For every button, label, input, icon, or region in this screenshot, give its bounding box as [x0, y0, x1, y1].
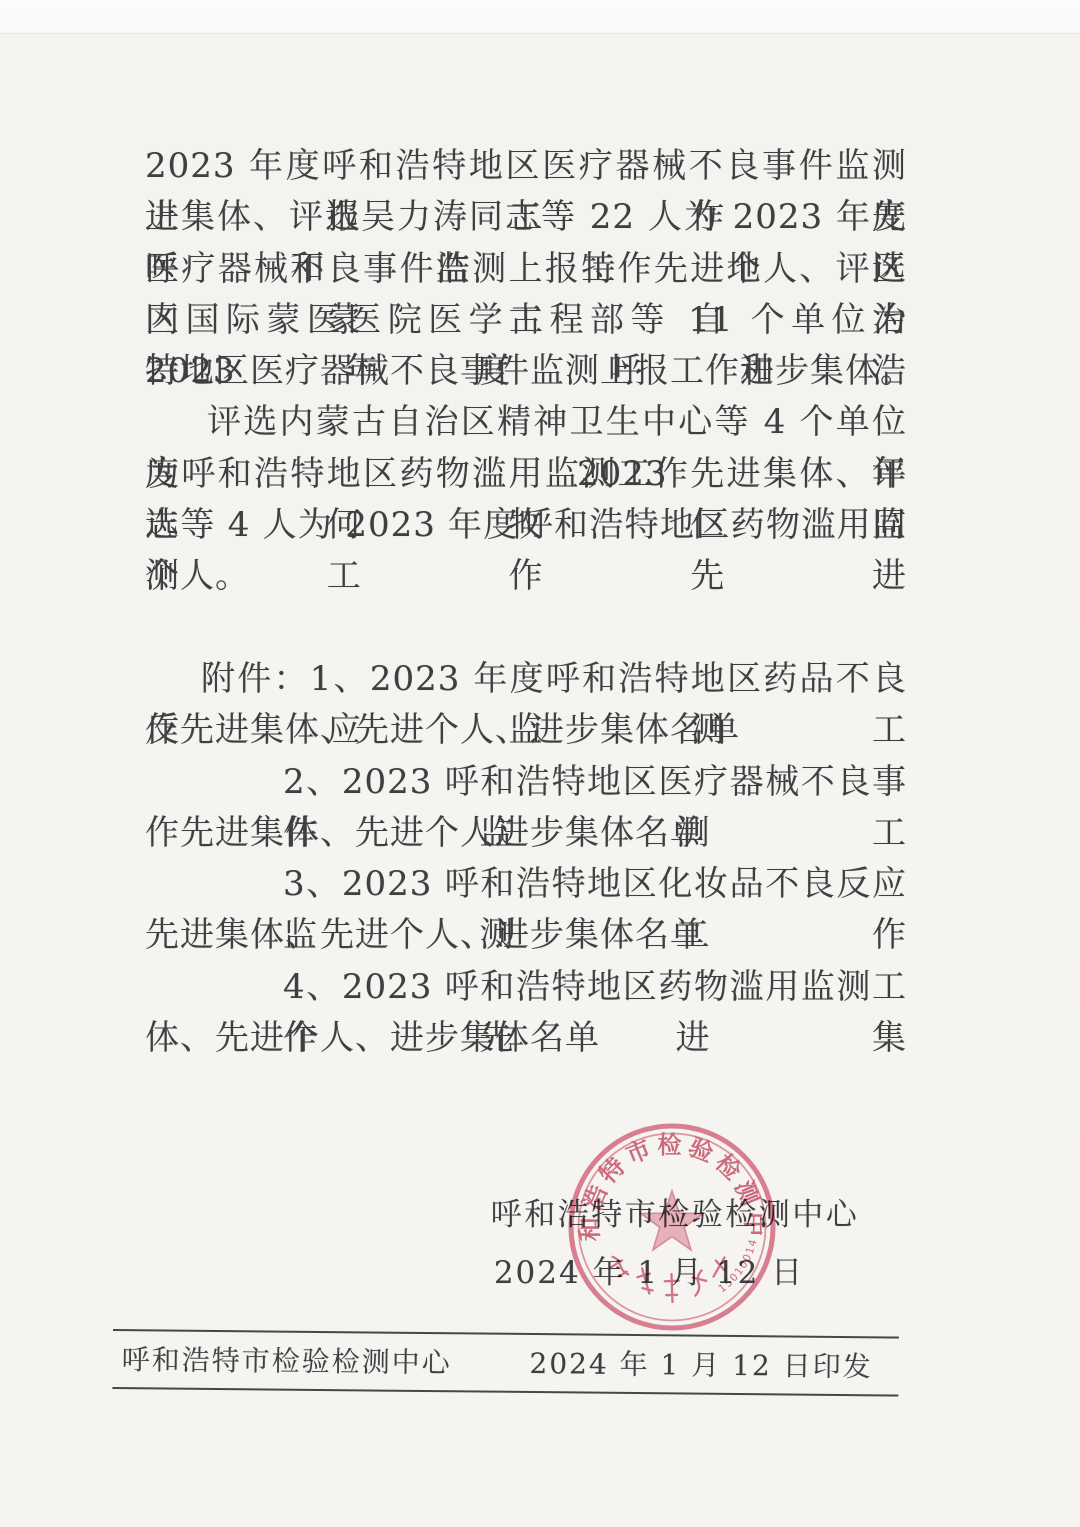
body-line: 医疗器械不良事件监测上报工作先进个人、评选内蒙古自治 [145, 244, 907, 295]
footer-row: 呼和浩特市检验检测中心 2024 年 1 月 12 日印发 [112, 1331, 899, 1395]
scan-seam-line [0, 33, 1080, 34]
blank-line [145, 603, 907, 654]
footer-issuer: 呼和浩特市检验检测中心 [122, 1338, 452, 1381]
official-seal: 呼和浩特市检验检测中心 15010014 [562, 1117, 782, 1337]
attachment-line: 附件：1、2023 年度呼和浩特地区药品不良反应监测工 [145, 654, 907, 705]
seal-star-icon [641, 1191, 703, 1250]
document-footer: 呼和浩特市检验检测中心 2024 年 1 月 12 日印发 [112, 1329, 899, 1397]
body-line: 评选内蒙古自治区精神卫生中心等 4 个单位为 2023 年 [145, 397, 907, 448]
body-line: 志等 4 人为 2023 年度呼和浩特地区药物滥用监测工作先进 [145, 500, 907, 551]
footer-print-date: 2024 年 1 月 12 日印发 [529, 1342, 873, 1385]
body-line: 特地区医疗器械不良事件监测上报工作进步集体。 [145, 346, 907, 397]
document-body: 2023 年度呼和浩特地区医疗器械不良事件监测上报工作先 进集体、评选吴力涛同志… [145, 141, 907, 1064]
body-line: 区国际蒙医医院医学工程部等 11 个单位为 2023 年度呼和浩 [145, 295, 907, 346]
body-line: 度呼和浩特地区药物滥用监测工作先进集体、评选何牧仁同 [145, 449, 907, 500]
document-page: 2023 年度呼和浩特地区医疗器械不良事件监测上报工作先 进集体、评选吴力涛同志… [0, 0, 1080, 1527]
attachment-line: 2、2023 呼和浩特地区医疗器械不良事件监测工 [145, 757, 907, 808]
body-line: 进集体、评选吴力涛同志等 22 人为 2023 年度呼和浩特地区 [145, 192, 907, 243]
seal-mongolian-script [607, 1254, 730, 1303]
attachment-line: 4、2023 呼和浩特地区药物滥用监测工作先进集 [145, 962, 907, 1013]
body-line: 2023 年度呼和浩特地区医疗器械不良事件监测上报工作先 [145, 141, 907, 192]
attachment-line: 3、2023 呼和浩特地区化妆品不良反应监测工作 [145, 859, 907, 910]
